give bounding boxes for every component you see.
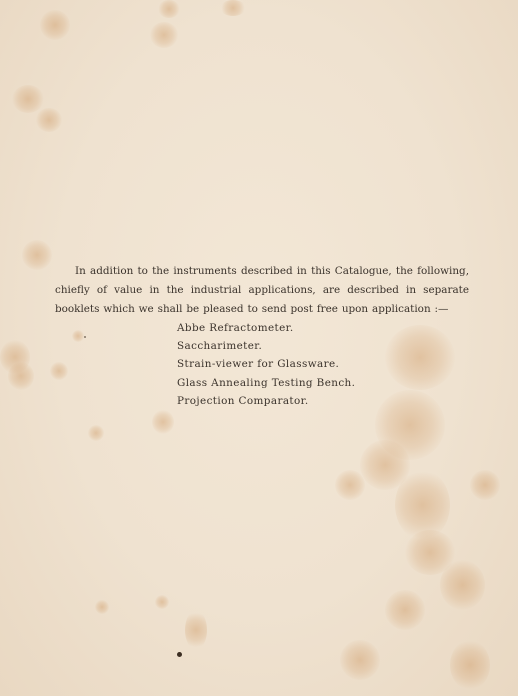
- booklet-item: Strain-viewer for Glassware.: [177, 355, 469, 373]
- foxing-stain: [395, 470, 450, 540]
- foxing-stain: [36, 108, 62, 132]
- ink-speck: [177, 652, 182, 657]
- foxing-stain: [335, 470, 365, 500]
- foxing-stain: [158, 0, 180, 18]
- intro-paragraph: In addition to the instruments described…: [55, 262, 469, 319]
- booklet-item: Glass Annealing Testing Bench.: [177, 374, 469, 392]
- foxing-stain: [12, 85, 44, 113]
- booklet-item: Projection Comparator.: [177, 392, 469, 410]
- booklet-item: Abbe Refractometer.: [177, 319, 469, 337]
- foxing-stain: [0, 340, 30, 374]
- foxing-stain: [88, 425, 104, 441]
- foxing-stain: [95, 600, 109, 614]
- foxing-stain: [220, 0, 246, 16]
- foxing-stain: [405, 530, 455, 575]
- foxing-stain: [440, 560, 485, 610]
- foxing-stain: [152, 410, 174, 434]
- foxing-stain: [155, 595, 169, 609]
- foxing-stain: [385, 590, 425, 630]
- foxing-stain: [8, 362, 34, 390]
- foxing-stain: [22, 240, 52, 270]
- foxing-stain: [40, 10, 70, 40]
- booklet-item: Saccharimeter.: [177, 337, 469, 355]
- foxing-stain: [470, 470, 500, 500]
- foxing-stain: [150, 22, 178, 48]
- foxing-stain: [450, 640, 490, 690]
- catalogue-page: In addition to the instruments described…: [0, 0, 518, 696]
- page-body: In addition to the instruments described…: [55, 262, 469, 410]
- foxing-stain: [340, 640, 380, 680]
- foxing-stain: [185, 610, 207, 650]
- foxing-stain: [360, 440, 410, 490]
- booklet-list: Abbe Refractometer. Saccharimeter. Strai…: [55, 319, 469, 410]
